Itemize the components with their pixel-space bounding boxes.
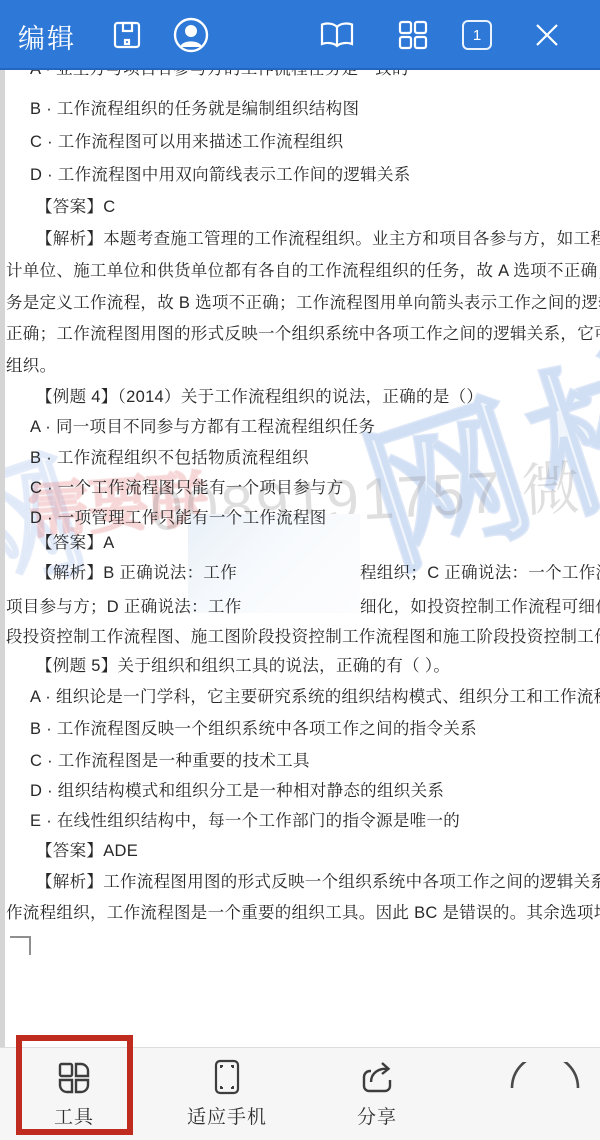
doc-line: 正确；工作流程图用图的形式反映一个组织系统中各项工作之间的逻辑关系，它可用于描述 (6, 323, 600, 345)
doc-line: C · 一个工作流程图只能有一个项目参与方 (30, 477, 343, 499)
fit-phone-button[interactable]: 适应手机 (172, 1056, 282, 1129)
doc-line: A · 同一项目不同参与方都有工程流程组织任务 (30, 416, 375, 438)
doc-line: D · 工作流程图中用双向箭线表示工作间的逻辑关系 (30, 164, 411, 186)
doc-line: D · 组织结构模式和组织分工是一种相对静态的组织关系 (30, 780, 444, 802)
arc-icon (508, 1075, 582, 1088)
share-icon (359, 1056, 395, 1096)
book-icon (319, 20, 355, 50)
doc-line-answer: 【答案】ADE (36, 840, 138, 862)
read-mode-button[interactable] (318, 16, 356, 54)
doc-line: 【解析】工作流程图用图的形式反映一个组织系统中各项工作之间的逻辑关系，它可用 (36, 871, 600, 893)
doc-line-question: 【例题 5】关于组织和组织工具的说法，正确的有（ ）。 (36, 655, 450, 677)
doc-line: B · 工作流程图反映一个组织系统中各项工作之间的指令关系 (30, 718, 477, 740)
page-margin-corner (10, 936, 31, 955)
doc-line-answer: 【答案】C (36, 196, 115, 218)
page-number-badge[interactable]: 1 (462, 20, 492, 50)
fit-phone-label: 适应手机 (187, 1102, 267, 1129)
fit-phone-icon (213, 1056, 241, 1096)
more-arc-button[interactable] (508, 1062, 582, 1088)
page-edge (0, 70, 5, 1047)
doc-line-question: 【例题 4】（2014）关于工作流程组织的说法，正确的是（） (36, 386, 483, 408)
save-button[interactable] (108, 16, 146, 54)
doc-line: B · 工作流程组织的任务就是编制组织结构图 (30, 98, 359, 120)
close-icon (532, 20, 562, 50)
doc-line: E · 在线性组织结构中，每一个工作部门的指令源是唯一的 (30, 810, 460, 832)
edit-mode-button[interactable]: 编辑 (18, 17, 76, 56)
doc-line: C · 工作流程图可以用来描述工作流程组织 (30, 131, 343, 153)
doc-line: A · 组织论是一门学科，它主要研究系统的组织结构模式、组织分工和工作流程组织 (30, 686, 600, 708)
grid-view-icon (397, 19, 429, 51)
app-screen: 编辑 (0, 0, 600, 1140)
save-icon (111, 19, 143, 51)
close-button[interactable] (528, 16, 566, 54)
doc-line: 程组织；C 正确说法：一个工作流程图只 (360, 562, 600, 584)
profile-icon (172, 16, 210, 54)
doc-line: 段投资控制工作流程图、施工图阶段投资控制工作流程图和施工阶段投资控制工作流程图等 (6, 626, 600, 648)
doc-line: 细化，如投资控制工作流程可细化为设 (360, 596, 600, 618)
doc-line: C · 工作流程图是一种重要的技术工具 (30, 750, 310, 772)
share-label: 分享 (357, 1102, 397, 1129)
doc-line: 【解析】本题考查施工管理的工作流程组织。业主方和项目各参与方，如工程管理咨询 (36, 228, 600, 250)
annotation-highlight-box (16, 1035, 133, 1135)
top-toolbar: 编辑 (0, 0, 600, 70)
doc-line: 组织。 (6, 355, 56, 377)
grid-view-button[interactable] (394, 16, 432, 54)
profile-button[interactable] (172, 16, 210, 54)
doc-line: 务是定义工作流程，故 B 选项不正确；工作流程图用单向箭头表示工作之间的逻辑关系… (6, 292, 600, 314)
doc-line: B · 工作流程组织不包括物质流程组织 (30, 447, 309, 469)
doc-line: D · 一项管理工作只能有一个工作流程图 (30, 507, 327, 529)
doc-line: 计单位、施工单位和供货单位都有各自的工作流程组织的任务，故 A 选项不正确；工作… (6, 260, 600, 282)
doc-line: 【解析】B 正确说法：工作 (36, 562, 237, 584)
doc-line-answer: 【答案】A (36, 532, 115, 554)
doc-line: 作流程组织，工作流程图是一个重要的组织工具。因此 BC 是错误的。其余选项均为正… (6, 902, 600, 924)
doc-line: 项目参与方；D 正确说法：工作 (6, 596, 242, 618)
share-button[interactable]: 分享 (322, 1056, 432, 1129)
